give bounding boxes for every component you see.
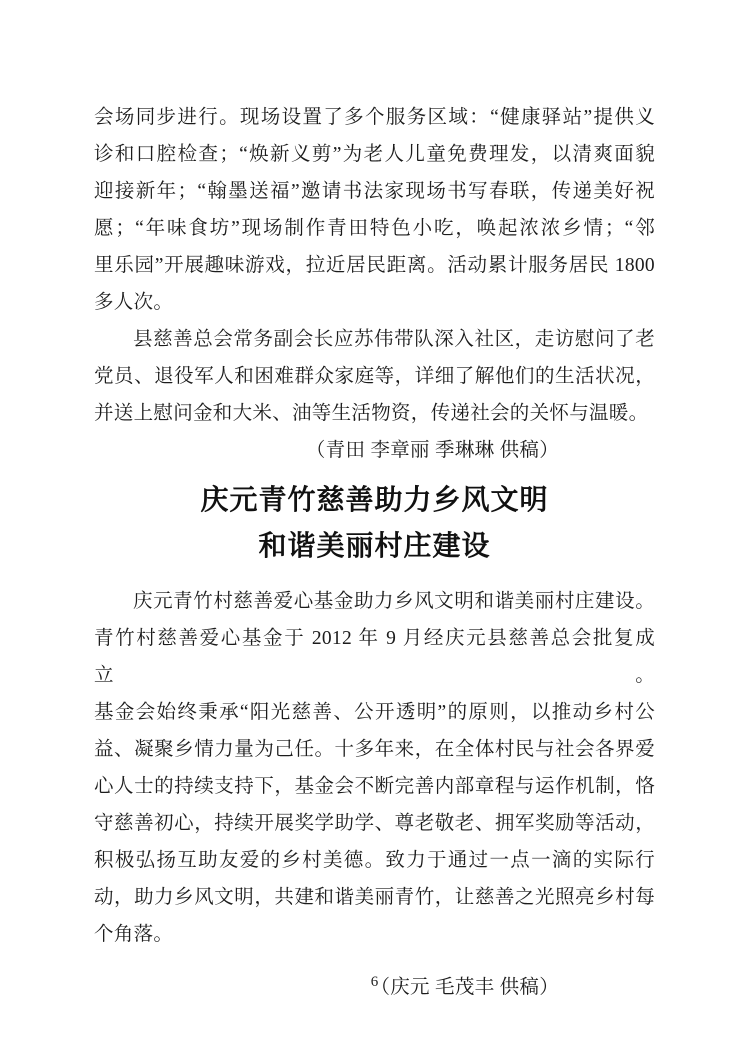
article2-title-line2: 和谐美丽村庄建设: [94, 523, 655, 569]
text-line: 积极弘扬互助友爱的乡村美德。致力于通过一点一滴的实际行: [94, 842, 655, 879]
text-line: 益、凝聚乡情力量为己任。十多年来，在全体村民与社会各界爱: [94, 731, 655, 768]
article2-title: 庆元青竹慈善助力乡风文明 和谐美丽村庄建设: [94, 477, 655, 569]
article1-body: 会场同步进行。现场设置了多个服务区域：“健康驿站”提供义诊和口腔检查；“焕新义剪…: [94, 99, 655, 432]
article2-title-line1: 庆元青竹慈善助力乡风文明: [94, 477, 655, 523]
text-line: 迎接新年；“翰墨送福”邀请书法家现场书写春联，传递美好祝: [94, 173, 655, 210]
text-line: 里乐园”开展趣味游戏，拉近居民距离。活动累计服务居民 1800: [94, 247, 655, 284]
text-line: 并送上慰问金和大米、油等生活物资，传递社会的关怀与温暖。: [94, 395, 655, 432]
article-qingyuan-qingzhu-charity: 庆元青竹慈善助力乡风文明 和谐美丽村庄建设 庆元青竹村慈善爱心基金助力乡风文明和…: [94, 477, 655, 1006]
text-line: 县慈善总会常务副会长应苏伟带队深入社区，走访慰问了老: [94, 321, 655, 358]
text-line: 会场同步进行。现场设置了多个服务区域：“健康驿站”提供义: [94, 99, 655, 136]
text-line: 基金会始终秉承“阳光慈善、公开透明”的原则，以推动乡村公: [94, 694, 655, 731]
text-line: 动，助力乡风文明，共建和谐美丽青竹，让慈善之光照亮乡村每: [94, 879, 655, 916]
text-line: 个角落。: [94, 916, 655, 953]
text-line: 青竹村慈善爱心基金于 2012 年 9 月经庆元县慈善总会批复成立。: [94, 620, 655, 694]
document-page: 会场同步进行。现场设置了多个服务区域：“健康驿站”提供义诊和口腔检查；“焕新义剪…: [0, 0, 749, 1060]
article2-body: 庆元青竹村慈善爱心基金助力乡风文明和谐美丽村庄建设。青竹村慈善爱心基金于 201…: [94, 583, 655, 953]
text-line: 多人次。: [94, 284, 655, 321]
article1-attribution: （青田 李章丽 季琳琳 供稿）: [94, 432, 655, 469]
page-content: 会场同步进行。现场设置了多个服务区域：“健康驿站”提供义诊和口腔检查；“焕新义剪…: [94, 99, 655, 1006]
text-line: 庆元青竹村慈善爱心基金助力乡风文明和谐美丽村庄建设。: [94, 583, 655, 620]
text-line: 党员、退役军人和困难群众家庭等，详细了解他们的生活状况，: [94, 358, 655, 395]
page-number: 6: [0, 972, 749, 992]
text-line: 心人士的持续支持下，基金会不断完善内部章程与运作机制，恪: [94, 768, 655, 805]
text-line: 诊和口腔检查；“焕新义剪”为老人儿童免费理发，以清爽面貌: [94, 136, 655, 173]
text-line: 愿；“年味食坊”现场制作青田特色小吃，唤起浓浓乡情；“邻: [94, 210, 655, 247]
text-line: 守慈善初心，持续开展奖学助学、尊老敬老、拥军奖励等活动，: [94, 805, 655, 842]
article-qingtian-community-service: 会场同步进行。现场设置了多个服务区域：“健康驿站”提供义诊和口腔检查；“焕新义剪…: [94, 99, 655, 469]
